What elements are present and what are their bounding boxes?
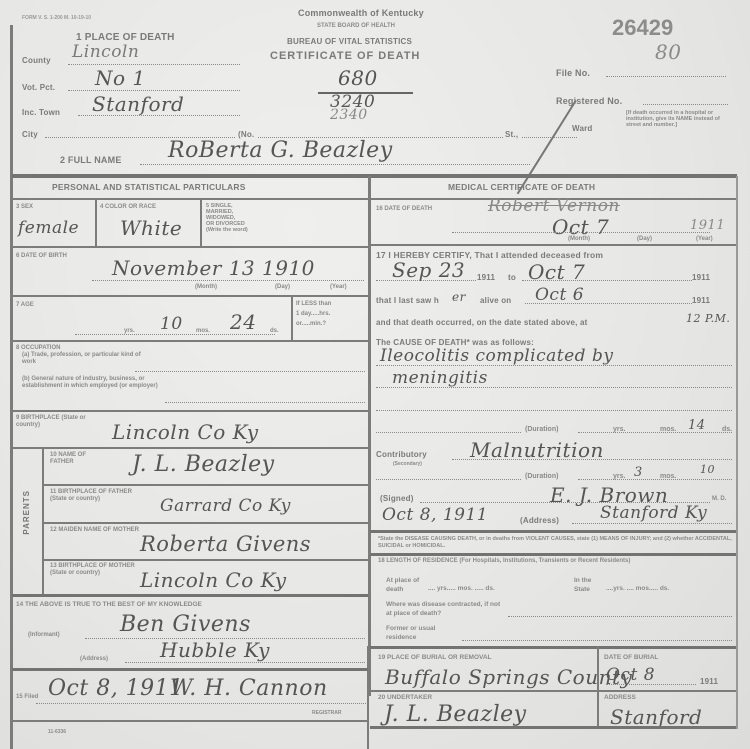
attended-to-year: 1911 [692,273,710,282]
cause-footnote: *State the DISEASE CAUSING DEATH, or in … [378,536,733,550]
dob-value: November 13 1910 [112,256,315,280]
signed-label: (Signed) [380,494,414,503]
death-time: 12 P.M. [686,312,730,325]
certificate-title: CERTIFICATE OF DEATH [270,50,420,62]
vot-pct-label: Vot. Pct. [22,83,55,92]
in-state-label: In the State [574,576,604,594]
county-value: Lincoln [72,42,139,62]
at-place-label: At place of death [386,576,428,594]
burial-date-year: 1911 [700,677,718,686]
to-label: to [508,273,516,282]
date-of-death-year: 1911 [690,218,725,233]
cause-line-2: meningitis [392,368,488,388]
father-birthplace-label: 11 BIRTHPLACE OF FATHER (State or countr… [50,489,135,503]
dob-day-label: (Day) [275,284,290,291]
informant-value: Ben Givens [120,612,251,637]
duration-2-label: (Duration) [525,473,558,480]
sex-value: female [18,218,79,238]
alive-on-label: alive on [480,296,511,305]
contributory-sub: (Secondary) [393,461,422,468]
father-name-value: J. L. Beazley [132,452,275,477]
last-saw-year: 1911 [692,296,710,305]
color-value: White [120,216,182,240]
duration-2-days-value: 10 [700,463,715,476]
death-certificate: FORM V. S. 1-200 M. 10-19-10 1 PLACE OF … [0,0,750,749]
inc-town-value: Stanford [92,92,184,116]
death-occurred-text: and that death occurred, on the date sta… [376,318,588,327]
cert-number-1: 680 [338,66,378,90]
registrar-signature: W. H. Cannon [170,676,328,701]
full-name-value: RoBerta G. Beazley [168,138,393,163]
former-residence-label: Former or usual residence [386,624,466,642]
dob-label: 6 DATE OF BIRTH [16,253,67,260]
age-months-label: mos. [196,328,210,335]
vot-pct-value: No 1 [95,66,146,90]
last-saw-pronoun: er [452,290,466,304]
signed-date: Oct 8, 1911 [382,505,488,525]
color-label: 4 COLOR OR RACE [100,204,156,211]
contributory-label: Contributory [376,450,427,459]
residence-heading: 18 LENGTH OF RESIDENCE (For Hospitals, I… [378,558,733,565]
last-saw-date: Oct 6 [535,285,584,305]
footer-code: 11-6336 [48,729,66,736]
cause-line-1: Ileocolitis complicated by [380,346,613,366]
duration-2-months-value: 3 [634,465,643,480]
duration-1-yrs: yrs. [613,426,625,433]
duration-1-ds: ds. [722,426,732,433]
age-years-label: yrs. [124,328,135,335]
left-border [10,25,13,749]
in-state-units: ....yrs. .... mos..... ds. [606,585,669,592]
stamp-number: 26429 [612,15,673,41]
death-month-label: (Month) [568,236,590,243]
age-days-value: 24 [230,310,256,334]
burial-place-value: Buffalo Springs County [385,665,632,689]
city-label: City [22,130,38,139]
informant-address-label: (Address) [80,656,108,663]
filed-value: Oct 8, 1911 [48,676,184,701]
doctor-address-label: (Address) [520,516,559,525]
registrar-label: REGISTRAR [312,710,341,717]
undertaker-value: J. L. Beazley [384,702,527,727]
death-year-label: (Year) [696,236,713,243]
file-no-label: File No. [556,68,590,78]
full-name-label: 2 FULL NAME [60,155,122,165]
st-label: St., [505,130,518,139]
doctor-address-value: Stanford Ky [600,503,707,523]
age-label: 7 AGE [16,302,34,309]
true-knowledge-label: 14 THE ABOVE IS TRUE TO THE BEST OF MY K… [16,601,202,608]
mother-birthplace-label: 13 BIRTHPLACE OF MOTHER (State or countr… [50,563,135,577]
ward-note: [If death occurred in a hospital or inst… [626,110,726,128]
form-number: FORM V. S. 1-200 M. 10-19-10 [22,15,91,22]
md-label: M. D. [712,496,726,503]
informant-address-value: Hubble Ky [160,638,270,662]
contracted-label: Where was disease contracted, if not at … [386,600,506,618]
stamp-subnumber: 80 [655,40,681,64]
birthplace-value: Lincoln Co Ky [112,420,259,444]
medical-heading: MEDICAL CERTIFICATE OF DEATH [448,182,595,192]
duration-2-yrs: yrs. [613,473,625,480]
bureau-vital-statistics: BUREAU OF VITAL STATISTICS [287,37,412,46]
dob-year-label: (Year) [330,284,347,291]
occupation-b-label: (b) General nature of industry, business… [22,376,162,390]
ward-label: Ward [572,124,593,133]
registered-no-label: Registered No. [556,96,622,106]
father-birthplace-value: Garrard Co Ky [160,496,291,516]
birthplace-label: 9 BIRTHPLACE (State or country) [16,415,106,429]
burial-date-value: Oct 8 [606,665,655,685]
parents-side-label: PARENTS [22,490,31,535]
undertaker-address-label: ADDRESS [604,694,636,701]
duration-1-label: (Duration) [525,426,558,433]
at-place-units: .... yrs..... mos. ..... ds. [428,585,495,592]
last-saw-text: that I last saw h [376,296,439,305]
personal-heading: PERSONAL AND STATISTICAL PARTICULARS [52,182,246,192]
age-months-value: 10 [160,314,183,334]
date-of-death-label: 16 DATE OF DEATH [376,206,432,213]
duration-2-mos: mos. [660,473,676,480]
age-days-label: ds. [270,328,279,335]
duration-1-days-value: 14 [688,418,706,433]
sex-label: 3 SEX [16,204,33,211]
board-of-health: STATE BOARD OF HEALTH [317,23,395,30]
attended-from-value: Sep 23 [392,258,465,282]
occupation-label: 8 OCCUPATION [16,345,60,352]
filed-label: 15 Filed [16,694,38,701]
cert-number-3: 2340 [330,107,368,123]
duration-1-mos: mos. [660,426,676,433]
undertaker-label: 20 UNDERTAKER [378,694,432,701]
marital-status-label: 5 SINGLE, MARRIED, WIDOWED, OR DIVORCED … [206,203,248,233]
mother-maiden-value: Roberta Givens [140,532,311,556]
commonwealth-title: Commonwealth of Kentucky [298,8,424,18]
informant-label: (Informant) [28,632,60,639]
burial-place-label: 19 PLACE OF BURIAL OR REMOVAL [378,654,492,661]
less-than-day-label: If LESS than 1 day.....hrs. or.....min.? [296,299,331,329]
inc-town-label: Inc. Town [22,108,60,117]
date-of-death-struck: Robert Vernon [488,196,620,216]
burial-date-label: DATE OF BURIAL [604,654,658,661]
dob-month-label: (Month) [195,284,217,291]
mother-birthplace-value: Lincoln Co Ky [140,568,287,592]
death-day-label: (Day) [637,236,652,243]
occupation-a-label: (a) Trade, profession, or particular kin… [22,352,142,366]
father-name-label: 10 NAME OF FATHER [50,452,110,466]
county-label: County [22,56,51,65]
attended-from-year: 1911 [477,273,495,282]
mother-maiden-label: 12 MAIDEN NAME OF MOTHER [50,527,140,534]
